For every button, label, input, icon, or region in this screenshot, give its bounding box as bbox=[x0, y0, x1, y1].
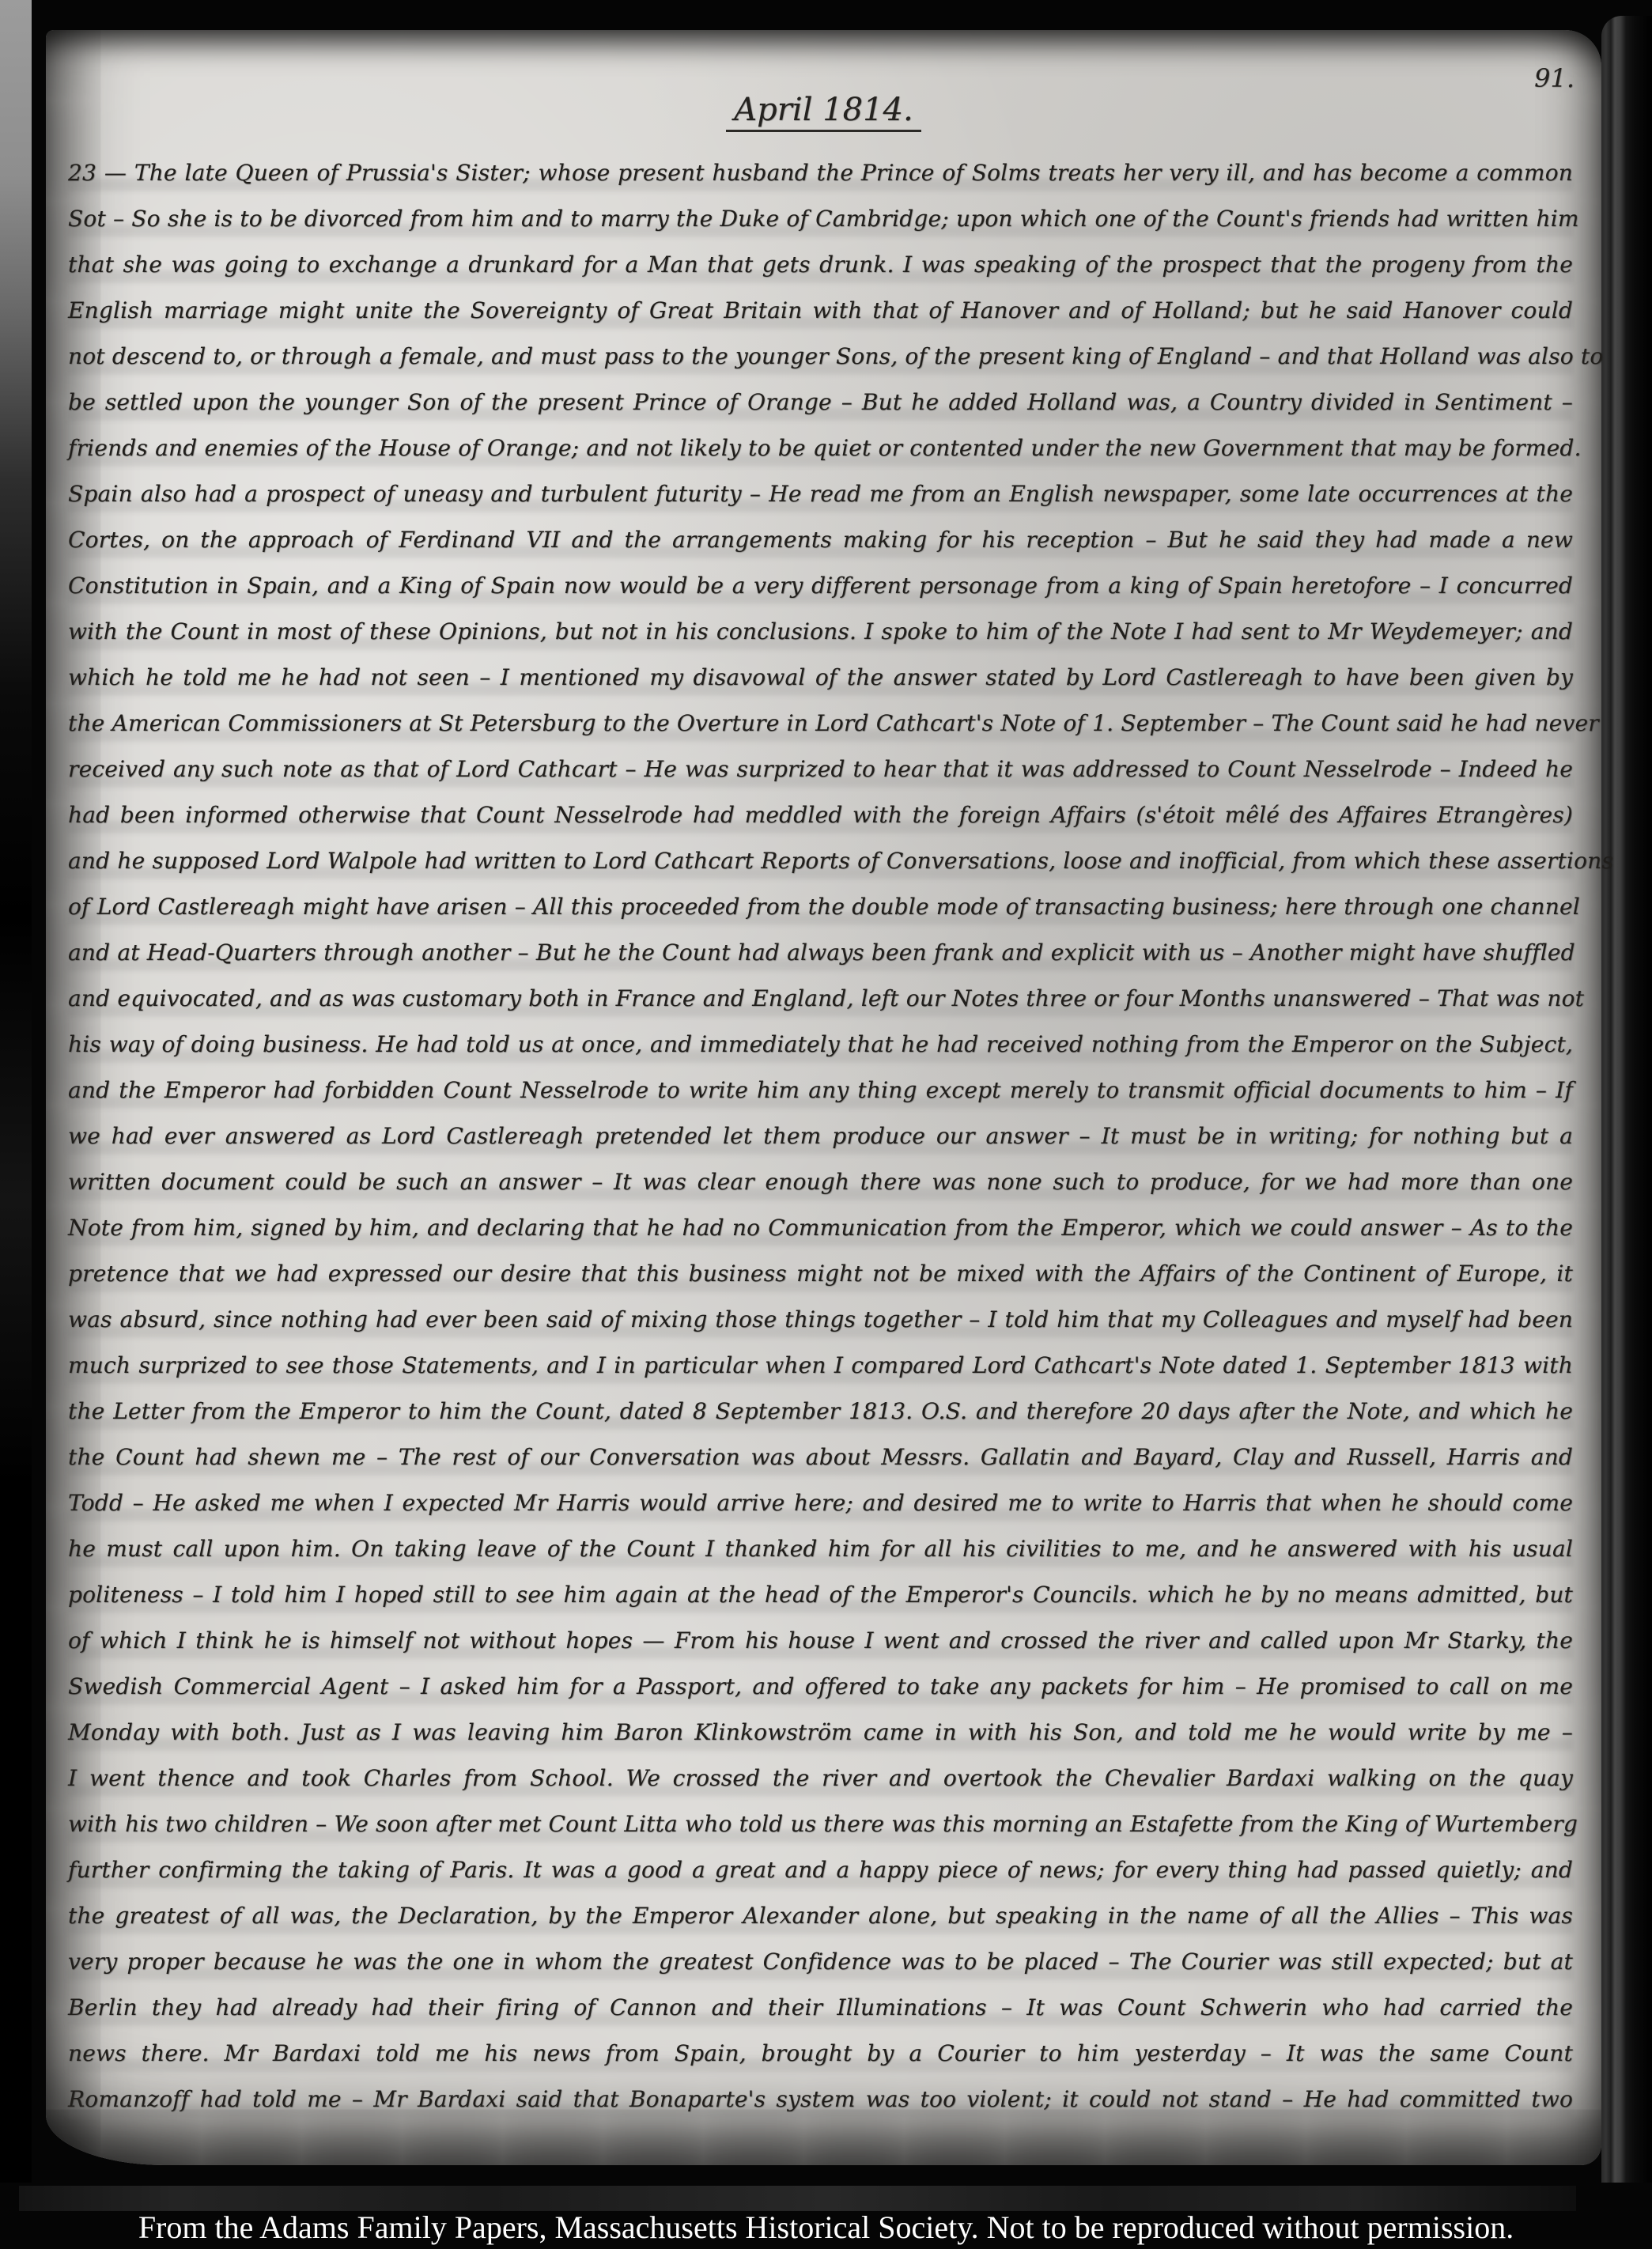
manuscript-line: that she was going to exchange a drunkar… bbox=[68, 242, 1573, 288]
manuscript-line: we had ever answered as Lord Castlereagh… bbox=[68, 1113, 1573, 1159]
manuscript-line: of which I think he is himself not witho… bbox=[68, 1618, 1573, 1664]
manuscript-line: received any such note as that of Lord C… bbox=[68, 747, 1573, 792]
manuscript-line: further confirming the taking of Paris. … bbox=[68, 1847, 1573, 1893]
manuscript-line: of Lord Castlereagh might have arisen – … bbox=[68, 884, 1573, 930]
manuscript-line: much surprized to see those Statements, … bbox=[68, 1343, 1573, 1389]
manuscript-line: very proper because he was the one in wh… bbox=[68, 1939, 1573, 1985]
manuscript-line: politeness – I told him I hoped still to… bbox=[68, 1572, 1573, 1618]
manuscript-line: the Count had shewn me – The rest of our… bbox=[68, 1434, 1573, 1480]
manuscript-line: he must call upon him. On taking leave o… bbox=[68, 1526, 1573, 1572]
manuscript-page: April 1814. 91. 23 — The late Queen of P… bbox=[46, 30, 1601, 2165]
manuscript-line: written document could be such an answer… bbox=[68, 1159, 1573, 1205]
manuscript-line: the American Commissioners at St Petersb… bbox=[68, 701, 1573, 747]
attribution-text: From the Adams Family Papers, Massachuse… bbox=[0, 2209, 1652, 2246]
manuscript-line: Berlin they had already had their firing… bbox=[68, 1985, 1573, 2031]
manuscript-line: Cortes, on the approach of Ferdinand VII… bbox=[68, 517, 1573, 563]
manuscript-line: English marriage might unite the Soverei… bbox=[68, 288, 1573, 334]
manuscript-line: Constitution in Spain, and a King of Spa… bbox=[68, 563, 1573, 609]
manuscript-line: and he supposed Lord Walpole had written… bbox=[68, 838, 1573, 884]
manuscript-line: his way of doing business. He had told u… bbox=[68, 1022, 1573, 1068]
manuscript-line: with the Count in most of these Opinions… bbox=[68, 609, 1573, 655]
manuscript-line: Swedish Commercial Agent – I asked him f… bbox=[68, 1664, 1573, 1710]
book-page-stack-edge bbox=[1601, 16, 1652, 2183]
manuscript-line: with his two children – We soon after me… bbox=[68, 1801, 1573, 1847]
manuscript-line: had been informed otherwise that Count N… bbox=[68, 792, 1573, 838]
manuscript-line: 23 — The late Queen of Prussia's Sister;… bbox=[68, 150, 1573, 196]
manuscript-line: Monday with both. Just as I was leaving … bbox=[68, 1710, 1573, 1756]
manuscript-line: the Letter from the Emperor to him the C… bbox=[68, 1389, 1573, 1434]
manuscript-line: Note from him, signed by him, and declar… bbox=[68, 1205, 1573, 1251]
manuscript-line: was absurd, since nothing had ever been … bbox=[68, 1297, 1573, 1343]
manuscript-line: not descend to, or through a female, and… bbox=[68, 334, 1573, 380]
manuscript-line: and the Emperor had forbidden Count Ness… bbox=[68, 1068, 1573, 1113]
manuscript-line: pretence that we had expressed our desir… bbox=[68, 1251, 1573, 1297]
entry-date-heading: April 1814. bbox=[726, 92, 921, 132]
manuscript-line: the greatest of all was, the Declaration… bbox=[68, 1893, 1573, 1939]
manuscript-line: friends and enemies of the House of Oran… bbox=[68, 425, 1573, 471]
manuscript-line: Sot – So she is to be divorced from him … bbox=[68, 196, 1573, 242]
manuscript-line: and at Head-Quarters through another – B… bbox=[68, 930, 1573, 976]
page-header: April 1814. bbox=[46, 92, 1601, 128]
manuscript-line: and equivocated, and as was customary bo… bbox=[68, 976, 1573, 1022]
manuscript-line: I went thence and took Charles from Scho… bbox=[68, 1756, 1573, 1801]
manuscript-line: Spain also had a prospect of uneasy and … bbox=[68, 471, 1573, 517]
manuscript-line: which he told me he had not seen – I men… bbox=[68, 655, 1573, 701]
manuscript-line: news there. Mr Bardaxi told me his news … bbox=[68, 2031, 1573, 2077]
manuscript-line: Todd – He asked me when I expected Mr Ha… bbox=[68, 1480, 1573, 1526]
manuscript-line: be settled upon the younger Son of the p… bbox=[68, 380, 1573, 425]
adjacent-page-edge bbox=[0, 0, 32, 2183]
scanner-strip bbox=[19, 2186, 1576, 2211]
scanned-diary-page: April 1814. 91. 23 — The late Queen of P… bbox=[0, 0, 1652, 2249]
page-number: 91. bbox=[1534, 63, 1575, 93]
manuscript-text: 23 — The late Queen of Prussia's Sister;… bbox=[68, 150, 1573, 2122]
manuscript-line: Romanzoff had told me – Mr Bardaxi said … bbox=[68, 2077, 1573, 2122]
